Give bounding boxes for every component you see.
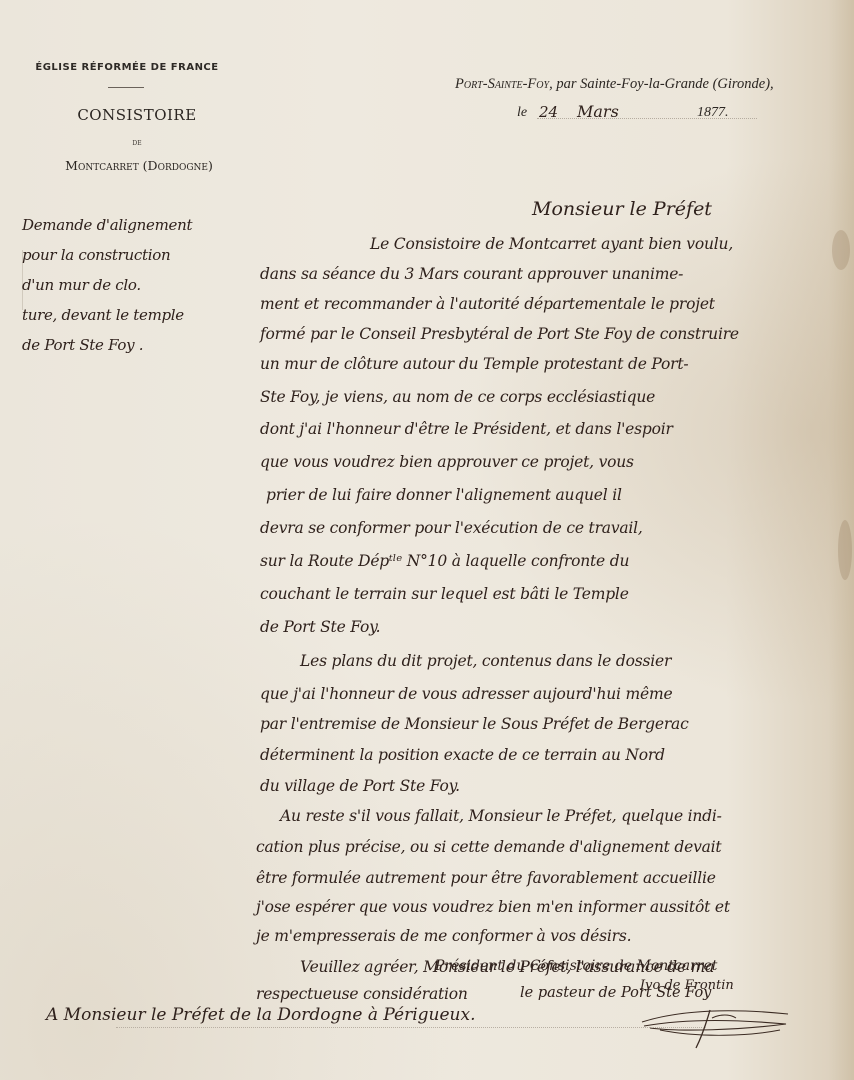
margin-note-line: Demande d'alignement (22, 210, 252, 240)
margin-note-line: de Port Ste Foy . (22, 330, 252, 360)
body-line: je m'empresserais de me conformer à vos … (256, 927, 631, 945)
recipient-address: A Monsieur le Préfet de la Dordogne à Pé… (46, 1005, 475, 1025)
body-line: dont j'ai l'honneur d'être le Président,… (260, 420, 673, 438)
margin-note-line: ture, devant le temple (22, 300, 252, 330)
body-line: cation plus précise, ou si cette demande… (256, 838, 721, 856)
date-day: 24 (539, 103, 558, 121)
letterhead-title: CONSISTOIRE (32, 106, 242, 124)
body-line: Au reste s'il vous fallait, Monsieur le … (280, 807, 722, 825)
body-line: devra se conformer pour l'exécution de c… (260, 519, 643, 537)
date-month: Mars (577, 102, 619, 121)
address-rest: , par Sainte-Foy-la-Grande (Gironde), (549, 76, 774, 92)
signoff-president: Président du Consistoire de Montcarret (435, 958, 717, 974)
recipient-text: A Monsieur le Préfet de la Dordogne à Pé… (46, 1005, 475, 1025)
body-line: un mur de clôture autour du Temple prote… (260, 355, 688, 373)
margin-note-line: d'un mur de clo. (22, 270, 252, 300)
body-line: dans sa séance du 3 Mars courant approuv… (260, 265, 683, 283)
body-line: prier de lui faire donner l'alignement a… (266, 486, 622, 504)
body-line: couchant le terrain sur lequel est bâti … (260, 585, 629, 603)
recipient-dotted-rule (116, 1027, 706, 1028)
letterhead-place: Montcarret (Dordogne) (24, 158, 254, 173)
paper-stain (832, 230, 850, 270)
signature-name: Ivo de Frontin (640, 978, 734, 993)
date-prefix: le (517, 105, 527, 121)
body-line: j'ose espérer que vous voudrez bien m'en… (256, 898, 730, 916)
body-line: du village de Port Ste Foy. (260, 777, 460, 795)
body-line: sur la Route Dépᵗˡᵉ N°10 à laquelle conf… (260, 552, 629, 570)
paper-stain (838, 520, 852, 580)
body-line: que vous voudrez bien approuver ce proje… (260, 453, 634, 471)
church-name: ÉGLISE RÉFORMÉE DE FRANCE (32, 62, 222, 73)
letter-page: ÉGLISE RÉFORMÉE DE FRANCE CONSISTOIRE DE… (0, 0, 854, 1080)
signature-flourish-icon (640, 1000, 790, 1050)
body-line: respectueuse considération (256, 985, 468, 1003)
salutation: Monsieur le Préfet (532, 198, 712, 220)
letterhead-de: DE (32, 140, 242, 147)
body-line: par l'entremise de Monsieur le Sous Préf… (260, 715, 689, 733)
body-line: Le Consistoire de Montcarret ayant bien … (370, 235, 733, 253)
letterhead-address: Port-Sainte-Foy, par Sainte-Foy-la-Grand… (455, 76, 774, 93)
margin-note-line: pour la construction (22, 240, 252, 270)
body-line: Ste Foy, je viens, au nom de ce corps ec… (260, 388, 655, 406)
body-line: ment et recommander à l'autorité départe… (260, 295, 715, 313)
body-line: de Port Ste Foy. (260, 618, 380, 636)
body-line: être formulée autrement pour être favora… (256, 869, 716, 887)
body-line: que j'ai l'honneur de vous adresser aujo… (260, 685, 672, 703)
address-town: Port-Sainte-Foy (455, 76, 549, 92)
letterhead-divider (108, 87, 144, 88)
body-line: formé par le Conseil Presbytéral de Port… (260, 325, 739, 343)
body-line: déterminent la position exacte de ce ter… (260, 746, 665, 764)
body-line: Les plans du dit projet, contenus dans l… (300, 652, 671, 670)
margin-note: Demande d'alignement pour la constructio… (22, 210, 252, 360)
date-year: 1877. (697, 105, 729, 121)
